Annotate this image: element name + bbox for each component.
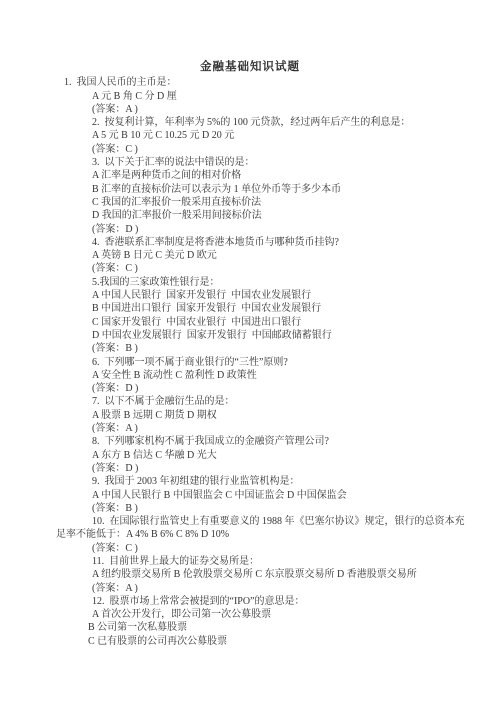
question-6-options: A 安全性 B 流动性 C 盈利性 D 政策性 — [56, 369, 444, 382]
question-11-answer: (答案：A ) — [56, 582, 444, 595]
question-3-option-b: B 汇率的直接标价法可以表示为 1 单位外币等于多少本币 — [56, 183, 444, 196]
question-3-answer: (答案：D ) — [56, 223, 444, 236]
question-6-stem: 6. 下列哪一项不属于商业银行的“三性”原则? — [56, 356, 444, 369]
question-7-stem: 7. 以下不属于金融衍生品的是： — [56, 395, 444, 408]
question-3-option-a: A 汇率是两种货币之间的相对价格 — [56, 169, 444, 182]
question-11-stem: 11. 目前世界上最大的证券交易所是： — [56, 555, 444, 568]
question-12-stem: 12. 股票市场上常常会被提到的“IPO”的意思是： — [56, 595, 444, 608]
question-8-answer: (答案：D ) — [56, 462, 444, 475]
document-body: 1. 我国人民币的主币是：A 元 B 角 C 分 D 厘(答案：A )2. 按复… — [56, 76, 444, 648]
question-2-stem: 2. 按复利计算，年利率为 5%的 100 元贷款，经过两年后产生的利息是： — [56, 116, 444, 129]
question-10-stem-line-1: 10. 在国际银行监管史上有重要意义的 1988 年《巴塞尔协议》规定，银行的总… — [56, 515, 444, 528]
question-4-options: A 英镑 B 日元 C 美元 D 欧元 — [56, 249, 444, 262]
question-4-answer: (答案：C ) — [56, 262, 444, 275]
question-3-stem: 3. 以下关于汇率的说法中错误的是： — [56, 156, 444, 169]
question-9-options: A 中国人民银行 B 中国银监会 C 中国证监会 D 中国保监会 — [56, 489, 444, 502]
question-7-options: A 股票 B 远期 C 期货 D 期权 — [56, 409, 444, 422]
question-1-answer: (答案：A ) — [56, 103, 444, 116]
question-1-stem: 1. 我国人民币的主币是： — [56, 76, 444, 89]
question-2-answer: (答案：C ) — [56, 143, 444, 156]
question-1-options: A 元 B 角 C 分 D 厘 — [56, 90, 444, 103]
question-12-option-b: B 公司第一次私募股票 — [56, 621, 444, 634]
question-4-stem: 4. 香港联系汇率制度是将香港本地货币与哪种货币挂钩? — [56, 236, 444, 249]
document-page: 金融基础知识试题 1. 我国人民币的主币是：A 元 B 角 C 分 D 厘(答案… — [0, 0, 500, 707]
question-7-answer: (答案：A ) — [56, 422, 444, 435]
question-9-answer: (答案：B ) — [56, 502, 444, 515]
question-3-option-c: C 我国的汇率报价一般采用直接标价法 — [56, 196, 444, 209]
document-title: 金融基础知识试题 — [56, 61, 444, 74]
question-10-answer: (答案：C ) — [56, 542, 444, 555]
question-3-option-d: D 我国的汇率报价一般采用间接标价法 — [56, 209, 444, 222]
question-5-option-b: B 中国进出口银行 国家开发银行 中国农业发展银行 — [56, 302, 444, 315]
question-2-options: A 5 元 B 10 元 C 10.25 元 D 20 元 — [56, 129, 444, 142]
question-5-option-c: C 国家开发银行 中国农业银行 中国进出口银行 — [56, 316, 444, 329]
question-5-stem: 5.我国的三家政策性银行是： — [56, 276, 444, 289]
question-8-stem: 8. 下列哪家机构不属于我国成立的金融资产管理公司? — [56, 435, 444, 448]
question-12-option-c: C 已有股票的公司再次公募股票 — [56, 635, 444, 648]
question-9-stem: 9. 我国于 2003 年初组建的银行业监管机构是： — [56, 475, 444, 488]
question-10-stem-line-2: 足率不能低于：A 4% B 6% C 8% D 10% — [56, 528, 444, 541]
question-12-option-a: A 首次公开发行，即公司第一次公募股票 — [56, 608, 444, 621]
question-5-option-d: D 中国农业发展银行 国家开发银行 中国邮政储蓄银行 — [56, 329, 444, 342]
question-5-option-a: A 中国人民银行 国家开发银行 中国农业发展银行 — [56, 289, 444, 302]
question-8-options: A 东方 B 信达 C 华融 D 光大 — [56, 449, 444, 462]
question-5-answer: (答案：B ) — [56, 342, 444, 355]
question-11-options: A 纽约股票交易所 B 伦敦股票交易所 C 东京股票交易所 D 香港股票交易所 — [56, 568, 444, 581]
question-6-answer: (答案：D ) — [56, 382, 444, 395]
